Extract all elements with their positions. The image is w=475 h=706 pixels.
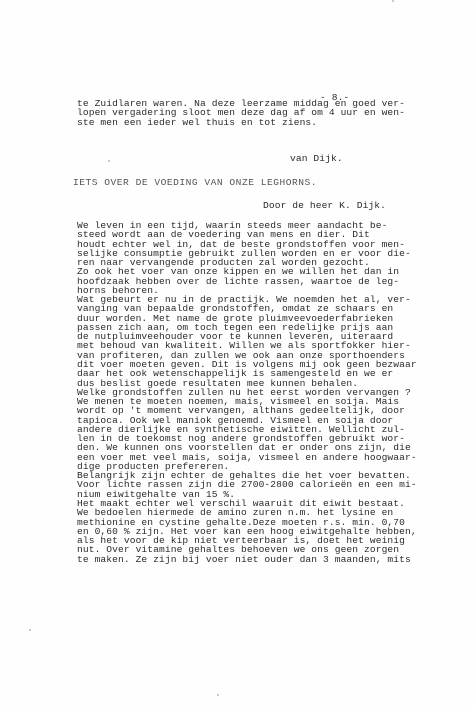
scan-speck [108,160,110,162]
intro-paragraph: te Zuidlaren waren. Na deze leerzame mid… [77,99,405,127]
byline: Door de heer K. Dijk. [263,201,386,210]
text-line: ste men een ieder wel thuis en tot ziens… [77,118,405,127]
signature: van Dijk. [290,154,343,163]
scan-speck [392,0,394,2]
document-page: - 8.- te Zuidlaren waren. Na deze leerza… [0,0,475,706]
text-line: te maken. Ze zijn bij voer niet ouder da… [77,555,417,564]
article-title: IETS OVER DE VOEDING VAN ONZE LEGHORNS. [73,178,317,187]
scan-speck [29,629,31,631]
article-body: We leven in een tijd, waarin steeds meer… [77,221,417,564]
scan-speck [217,694,219,696]
